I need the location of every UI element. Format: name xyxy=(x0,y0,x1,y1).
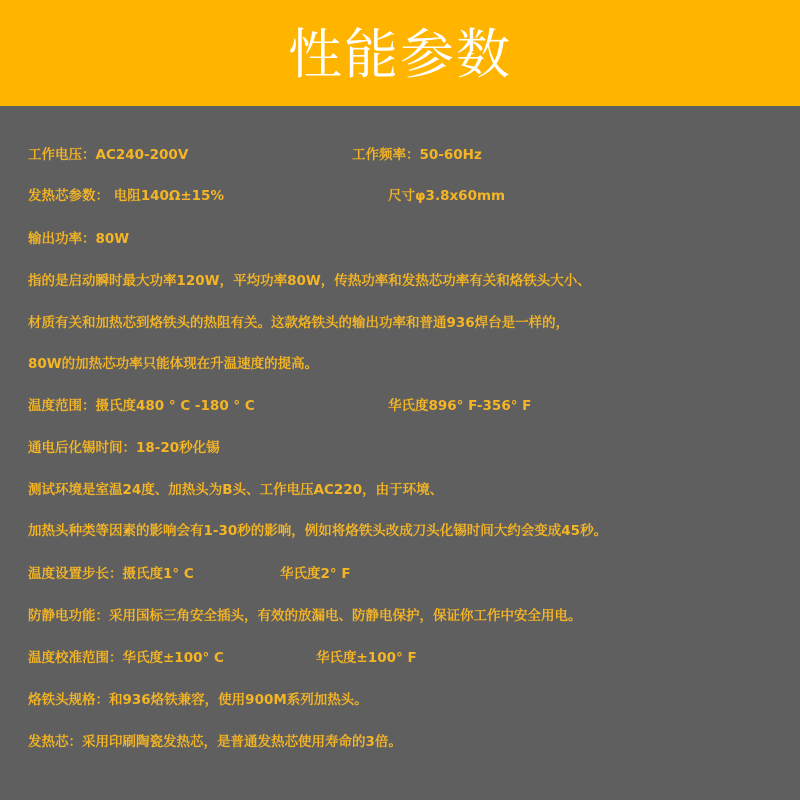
spec-antistatic: 防静电功能：采用国标三角安全插头，有效的放漏电、防静电保护，保证你工作中安全用电… xyxy=(28,608,582,624)
spec-power-note-2: 材质有关和加热芯到烙铁头的热阻有关。这款烙铁头的输出功率和普通936焊台是一样的… xyxy=(28,315,569,331)
spec-melt-time: 通电后化锡时间：18-20秒化锡 xyxy=(28,440,220,456)
spec-output-power: 输出功率：80W xyxy=(28,231,129,247)
spec-list: 工作电压：AC240-200V 工作频率：50-60Hz 发热芯参数： 电阻14… xyxy=(0,0,800,800)
spec-heating-core-params: 发热芯参数： 电阻140Ω±15% xyxy=(28,188,224,204)
spec-working-frequency: 工作频率：50-60Hz xyxy=(352,147,482,163)
spec-calibration-celsius: 温度校准范围：华氏度±100° C xyxy=(28,650,224,666)
spec-power-note-3: 80W的加热芯功率只能体现在升温速度的提高。 xyxy=(28,356,318,372)
spec-heating-core: 发热芯：采用印刷陶瓷发热芯，是普通发热芯使用寿命的3倍。 xyxy=(28,734,402,750)
spec-temp-step-celsius: 温度设置步长：摄氏度1° C xyxy=(28,566,194,582)
spec-tip-spec: 烙铁头规格：和936烙铁兼容，使用900M系列加热头。 xyxy=(28,692,368,708)
spec-temp-range-celsius: 温度范围：摄氏度480 ° C -180 ° C xyxy=(28,398,255,414)
spec-temp-range-fahrenheit: 华氏度896° F-356° F xyxy=(388,398,531,414)
spec-calibration-fahrenheit: 华氏度±100° F xyxy=(316,650,417,666)
spec-working-voltage: 工作电压：AC240-200V xyxy=(28,147,188,163)
spec-temp-step-fahrenheit: 华氏度2° F xyxy=(280,566,351,582)
spec-test-env-2: 加热头种类等因素的影响会有1-30秒的影响，例如将烙铁头改成刀头化锡时间大约会变… xyxy=(28,523,607,539)
spec-size: 尺寸φ3.8x60mm xyxy=(388,188,505,204)
spec-power-note-1: 指的是启动瞬时最大功率120W，平均功率80W，传热功率和发热芯功率有关和烙铁头… xyxy=(28,273,591,289)
spec-test-env-1: 测试环境是室温24度、加热头为B头、工作电压AC220，由于环境、 xyxy=(28,482,443,498)
